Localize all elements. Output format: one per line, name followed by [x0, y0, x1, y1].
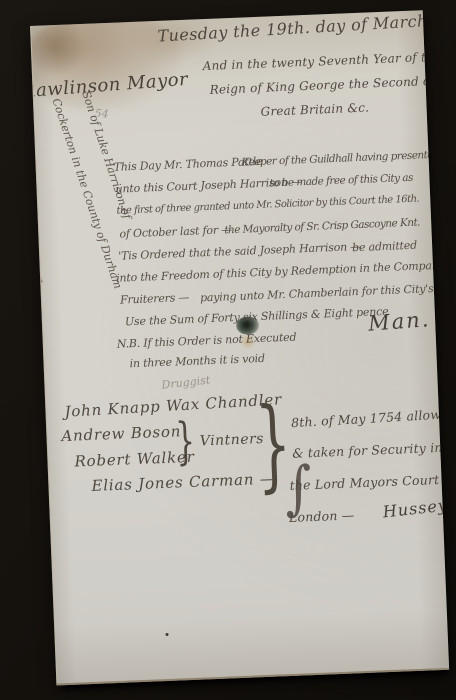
body-line-8: Use the Sum of Forty six Shillings & Eig…	[125, 305, 389, 329]
judge-signature: Hussey	[382, 495, 449, 521]
body-line-1a: This Day Mr. Thomas Pattle	[113, 155, 262, 174]
body-line-4b: the Mayoralty of Sr. Crisp Gascoyne Knt.	[224, 217, 420, 237]
body-line-7b: paying unto Mr. Chamberlain for this Cit…	[200, 282, 434, 304]
body-line-10: in three Months it is void	[129, 352, 265, 370]
body-line-7a: Fruiterers —	[120, 291, 190, 307]
margin-note-line-3: farmer	[30, 244, 46, 284]
body-line-5b: be admitted	[352, 239, 417, 255]
surety-name-2: Andrew Boson	[61, 422, 181, 445]
date-heading: Tuesday the 19th. day of March 1754	[157, 10, 449, 45]
pin-hole-speck	[165, 633, 168, 636]
corner-stain-dark	[30, 16, 87, 76]
body-line-9: N.B. If this Order is not Executed	[117, 331, 297, 351]
body-line-6: into the Freedom of this City by Redempt…	[116, 258, 449, 285]
manuscript-page: Tuesday the 19th. day of March 1754 And …	[30, 10, 449, 685]
endorsement-line-2: & taken for Security in	[292, 440, 443, 461]
endorsement-line-4: London —	[289, 507, 355, 525]
vintners-brace: }	[175, 416, 196, 467]
endorsement-line-3: the Lord Mayors Court	[289, 472, 439, 493]
pencil-note-druggist: Druggist	[161, 373, 211, 391]
body-line-5a: 'Tis Ordered that the said Joseph Harris…	[118, 240, 361, 263]
clerk-signature: Man.	[367, 307, 431, 336]
body-line-4a: of October last for —	[119, 223, 232, 241]
body-line-1b: Keeper of the Guildhall having presented	[241, 149, 439, 169]
mayor-heading: Rawlinson Mayor	[30, 69, 189, 102]
surety-name-4: Elias Jones Carman —	[91, 470, 276, 495]
photo-background: Tuesday the 19th. day of March 1754 And …	[0, 0, 456, 700]
regnal-year-line-2: Reign of King George the Second of	[209, 74, 435, 97]
regnal-year-line-3: Great Britain &c.	[260, 100, 369, 118]
body-line-3: the first of three granted unto Mr. Soli…	[116, 194, 419, 217]
endorsement-line-1: 8th. of May 1754 allowed	[291, 406, 449, 431]
body-line-2b: to be made free of this City as	[269, 172, 413, 190]
surety-occupation: Vintners	[199, 431, 264, 450]
surety-name-1: John Knapp Wax Chandler	[64, 390, 282, 421]
regnal-year-line-1: And in the twenty Seventh Year of the	[202, 50, 441, 74]
